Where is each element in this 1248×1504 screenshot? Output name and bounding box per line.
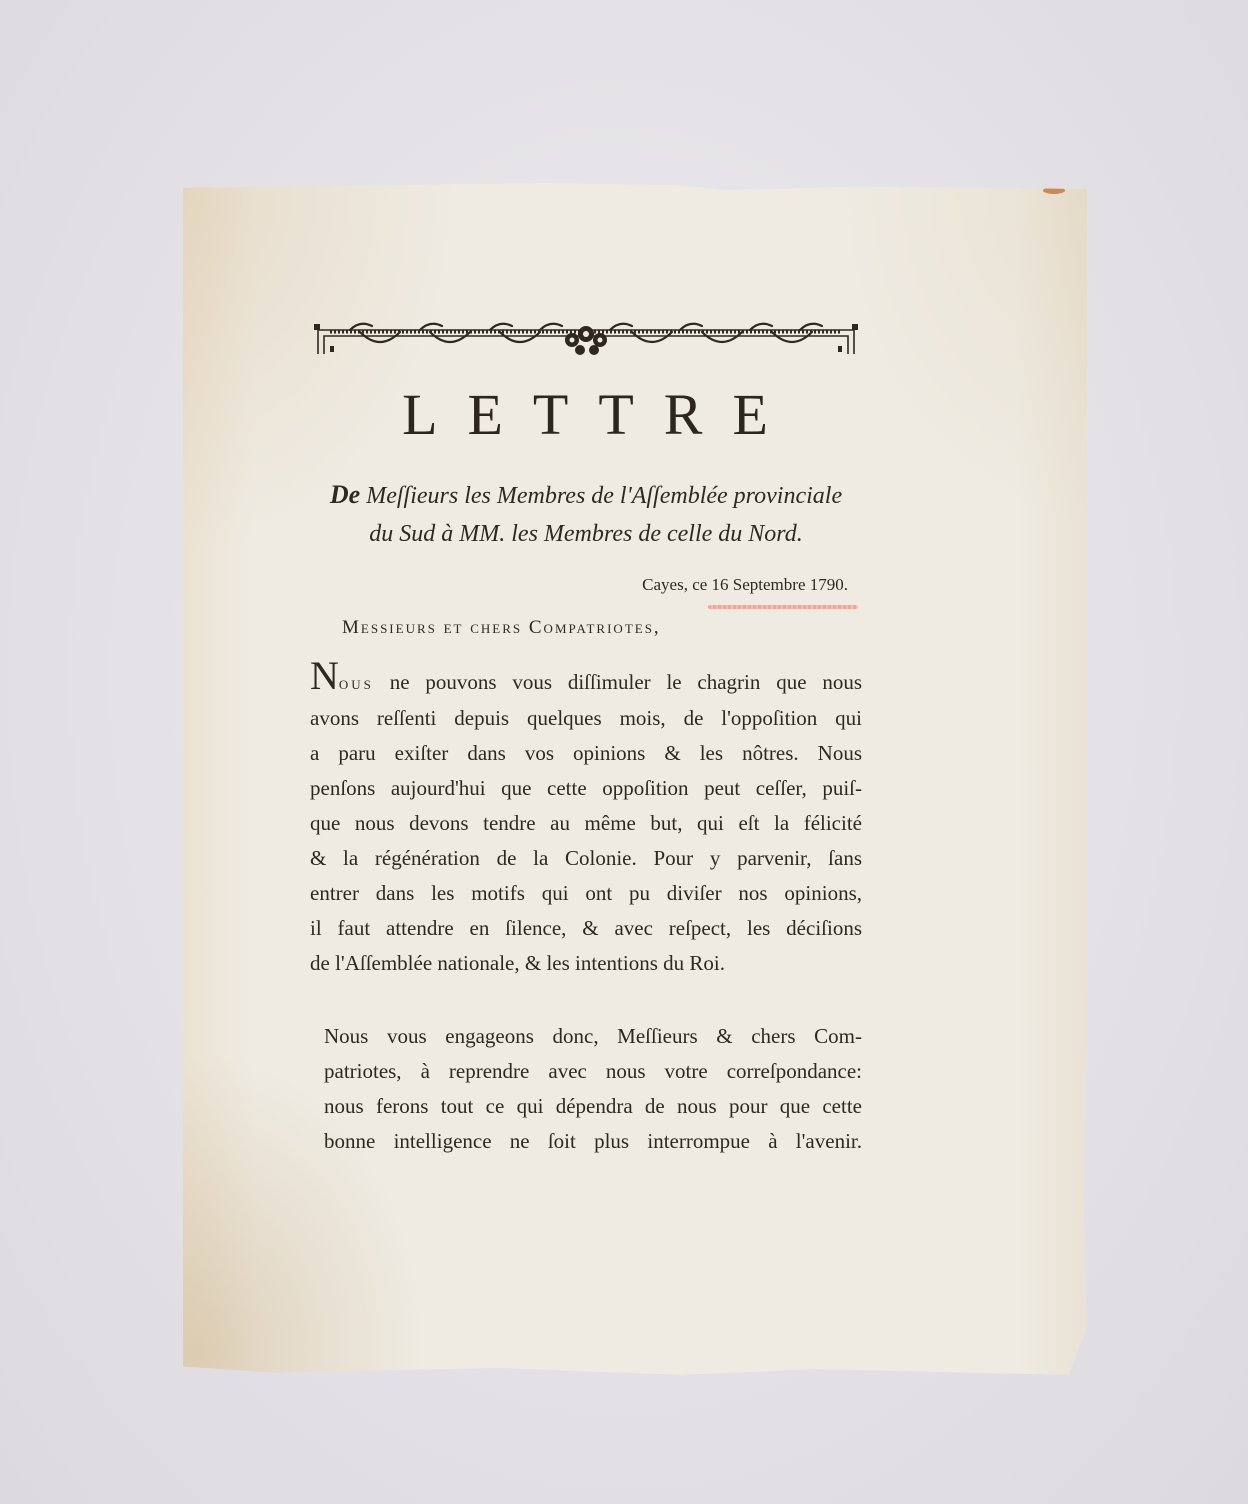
paragraph-1-line: penſons aujourd'hui que cette oppoſition… xyxy=(310,771,862,806)
paragraph-1-line: & la régénération de la Colonie. Pour y … xyxy=(310,841,862,876)
paragraph-2-line: Nous vous engageons donc, Meſſieurs & ch… xyxy=(310,1019,862,1054)
paragraph-1-line: entrer dans les motifs qui ont pu diviſe… xyxy=(310,876,862,911)
dateline: Cayes, ce 16 Septembre 1790. xyxy=(310,575,862,595)
salutation: Messieurs et chers Compatriotes, xyxy=(310,617,862,639)
paragraph-1-line: a paru exiſter dans vos opinions & les n… xyxy=(310,736,862,771)
subtitle-line-1: De Meſſieurs les Membres de l'Aſſemblée … xyxy=(310,476,862,515)
red-pencil-mark xyxy=(708,605,858,609)
floral-headpiece-ornament-icon xyxy=(310,318,862,358)
paragraph-1: Nous ne pouvons vous diſſimuler le chagr… xyxy=(310,661,862,981)
paragraph-2-line: nous ferons tout ce qui dépendra de nous… xyxy=(310,1089,862,1124)
document-title: LETTRE xyxy=(338,380,862,450)
dateline-text: Cayes, ce 16 Septembre 1790. xyxy=(642,575,848,594)
first-word-rest: ous xyxy=(339,673,374,693)
paragraph-2-line: patriotes, à reprendre avec nous votre c… xyxy=(310,1054,862,1089)
letter-content: LETTRE De Meſſieurs les Membres de l'Aſſ… xyxy=(310,318,862,1159)
paragraph-2-line: bonne intelligence ne ſoit plus interrom… xyxy=(310,1124,862,1159)
subtitle-dropcap: De xyxy=(330,480,360,509)
subtitle-line-2: du Sud à MM. les Membres de celle du Nor… xyxy=(310,515,862,553)
paragraph-1-line: avons reſſenti depuis quelques mois, de … xyxy=(310,701,862,736)
paragraph-1-line: de l'Aſſemblée nationale, & les intentio… xyxy=(310,946,862,981)
paragraph-1-line: Nous ne pouvons vous diſſimuler le chagr… xyxy=(310,661,862,701)
subtitle-line-1-text: Meſſieurs les Membres de l'Aſſemblée pro… xyxy=(366,483,842,509)
drop-initial: N xyxy=(310,653,339,698)
paragraph-2: Nous vous engageons donc, Meſſieurs & ch… xyxy=(310,1019,862,1159)
document-subtitle: De Meſſieurs les Membres de l'Aſſemblée … xyxy=(310,476,862,553)
paragraph-1-line: que nous devons tendre au même but, qui … xyxy=(310,806,862,841)
paragraph-1-line: il faut attendre en ſilence, & avec reſp… xyxy=(310,911,862,946)
